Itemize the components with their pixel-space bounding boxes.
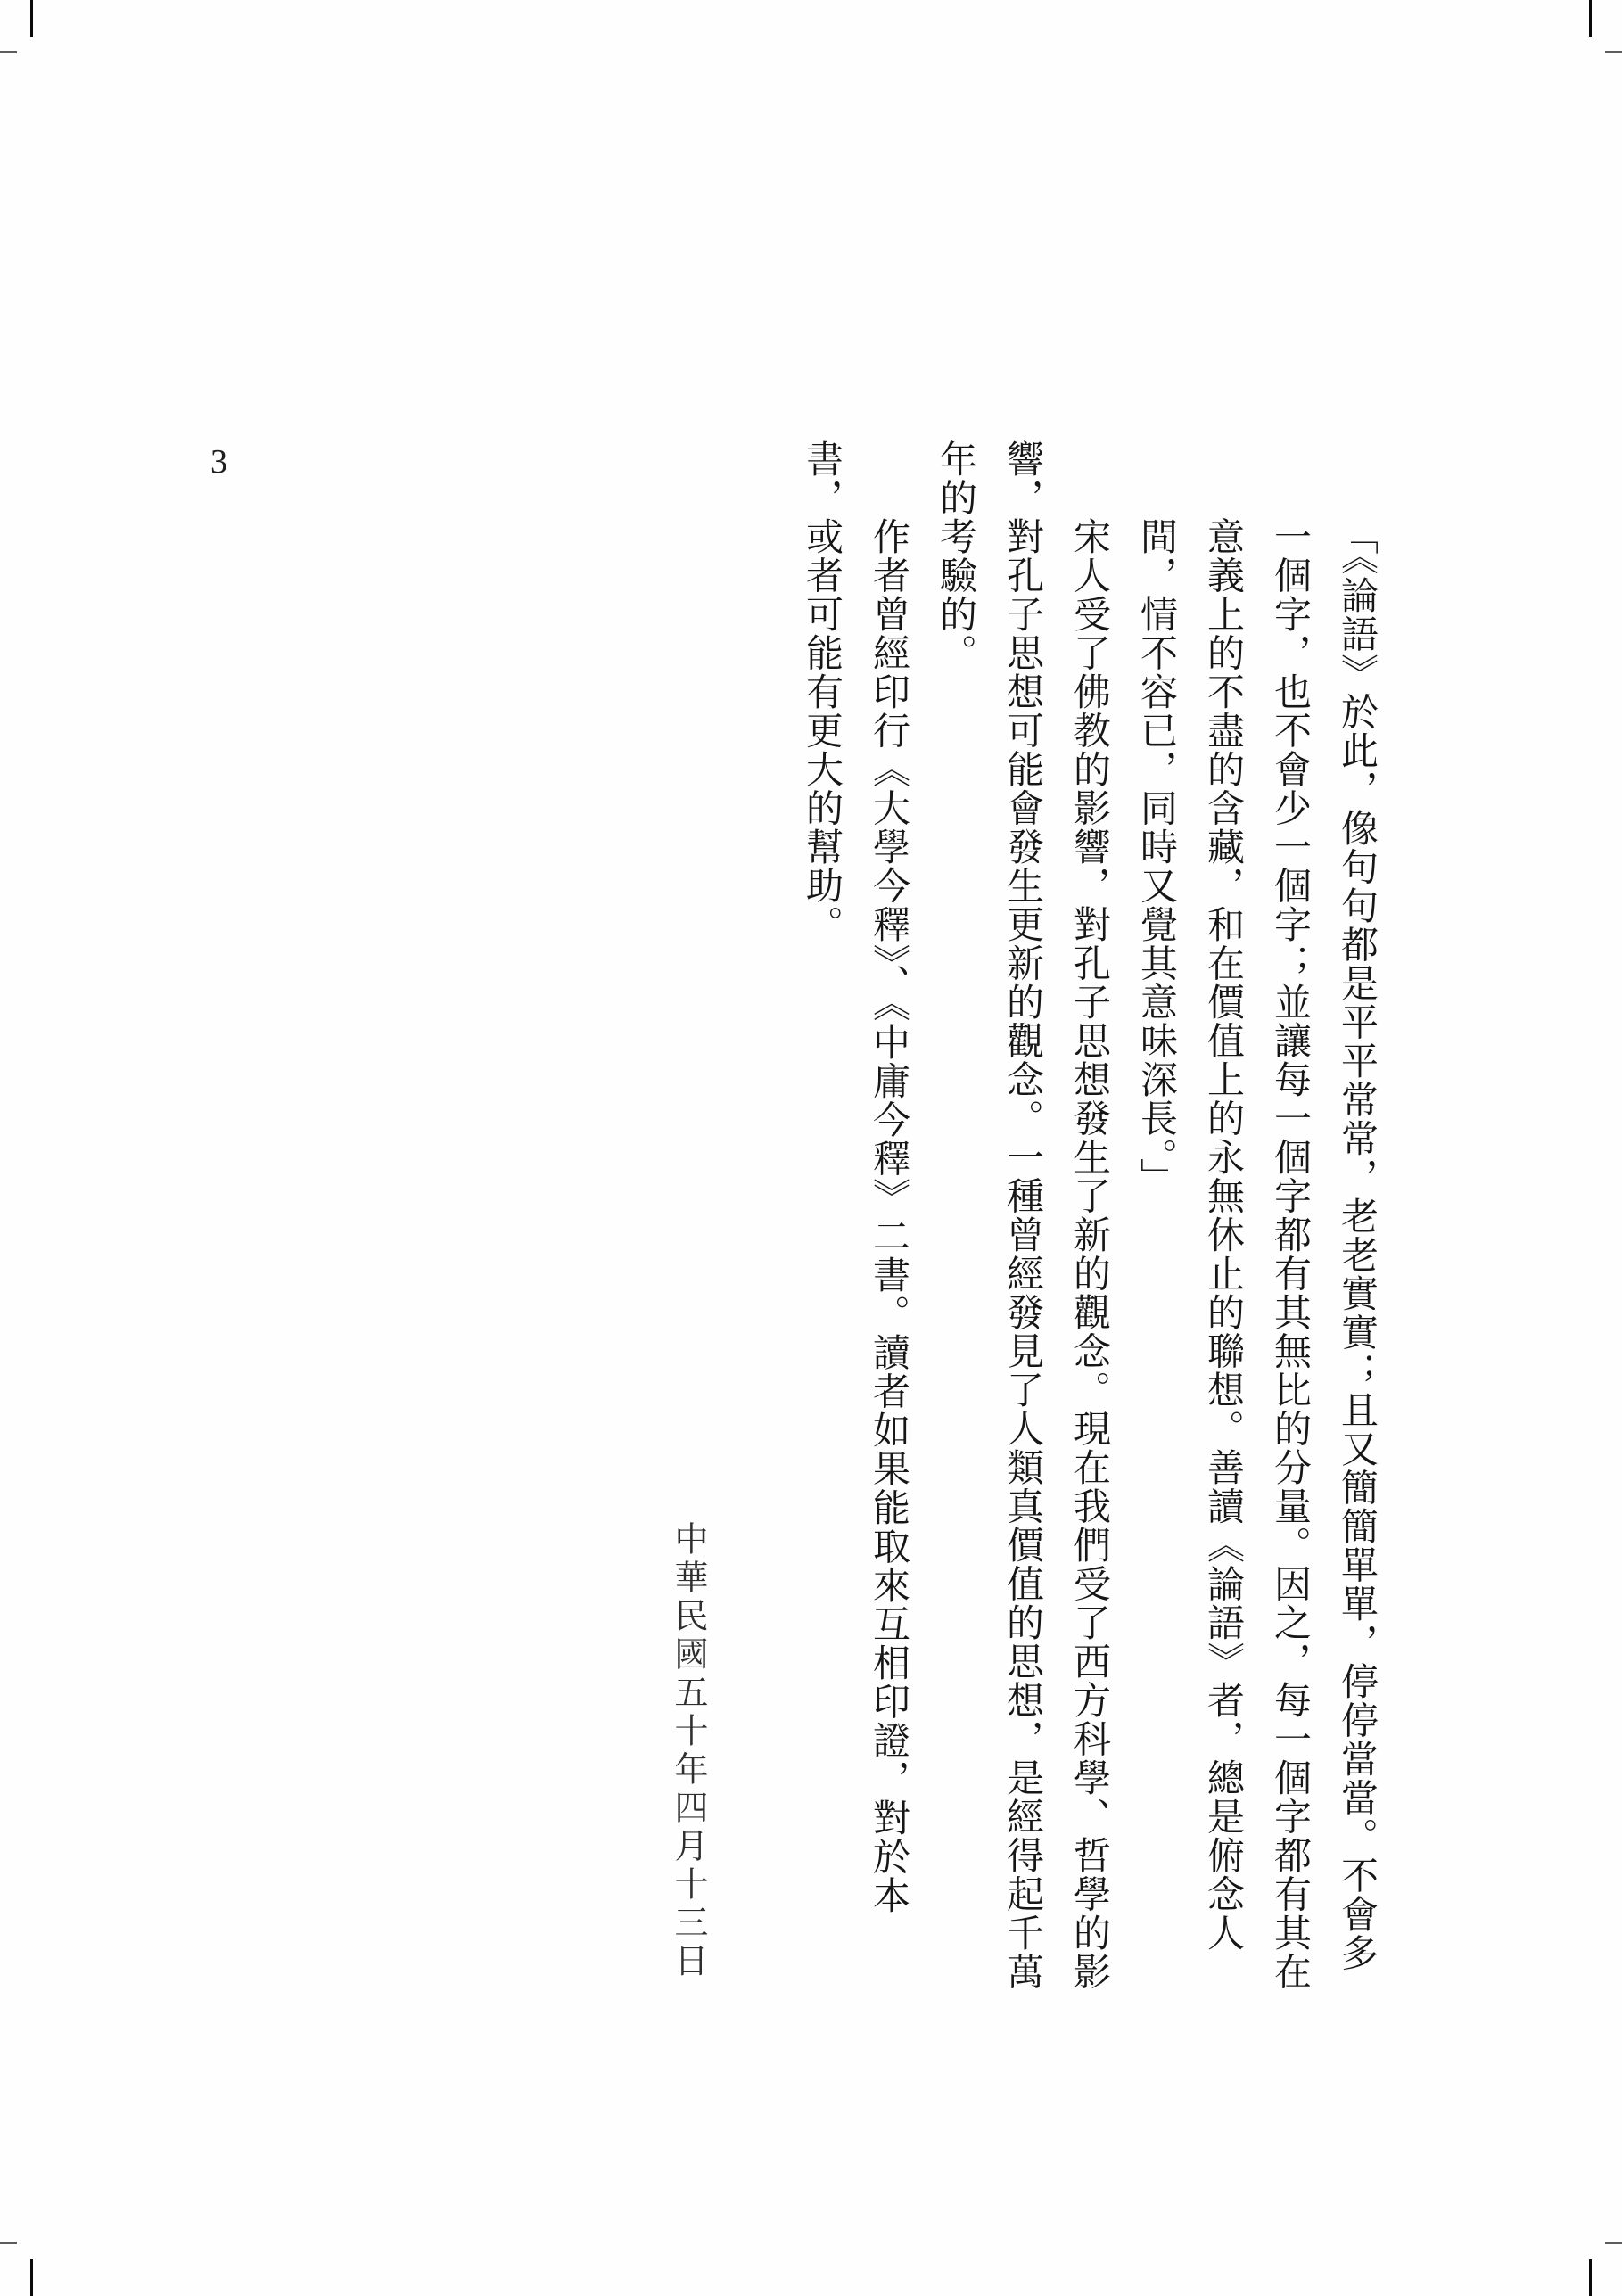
page-number: 3 [210, 442, 227, 481]
trim-mark-top-left-horizontal [0, 51, 17, 53]
trim-mark-bottom-left-vertical [30, 2259, 33, 2296]
paragraph-2-line-3: 年的考驗的。 [921, 440, 988, 2005]
quote-line-4: 間，情不容已，同時又覺其意味深長。」 [1122, 440, 1189, 2005]
paragraph-3-line-2: 書，或者可能有更大的幫助。 [787, 440, 854, 2005]
scanned-book-page: 3 「《論語》於此，像句句都是平平常常，老老實實；且又簡簡單單，停停當當。不會多… [0, 0, 1622, 2296]
paragraph-2-line-1: 宋人受了佛教的影響，對孔子思想發生了新的觀念。現在我們受了西方科學、哲學的影 [1055, 440, 1122, 2005]
colophon-date: 中華民國五十年四月十三日 [663, 1521, 712, 2003]
trim-mark-bottom-right-horizontal [1605, 2242, 1622, 2244]
quote-line-2: 一個字，也不會少一個字；並讓每一個字都有其無比的分量。因之，每一個字都有其在 [1256, 440, 1322, 2005]
quote-line-3: 意義上的不盡的含藏，和在價值上的永無休止的聯想。善讀《論語》者，總是俯念人 [1189, 440, 1256, 2005]
trim-mark-top-right-horizontal [1605, 51, 1622, 53]
trim-mark-top-left-vertical [30, 0, 33, 37]
paragraph-2-line-2: 響，對孔子思想可能會發生更新的觀念。一種曾經發見了人類真價值的思想，是經得起千萬 [988, 440, 1055, 2005]
trim-mark-bottom-left-horizontal [0, 2242, 17, 2244]
paragraph-3-line-1: 作者曾經印行《大學今釋》、《中庸今釋》二書。讀者如果能取來互相印證，對於本 [854, 440, 921, 2005]
text-block: 「《論語》於此，像句句都是平平常常，老老實實；且又簡簡單單，停停當當。不會多 一… [787, 440, 1389, 2005]
trim-mark-bottom-right-vertical [1589, 2259, 1592, 2296]
trim-mark-top-right-vertical [1589, 0, 1592, 37]
quote-line-1: 「《論語》於此，像句句都是平平常常，老老實實；且又簡簡單單，停停當當。不會多 [1322, 440, 1389, 2005]
